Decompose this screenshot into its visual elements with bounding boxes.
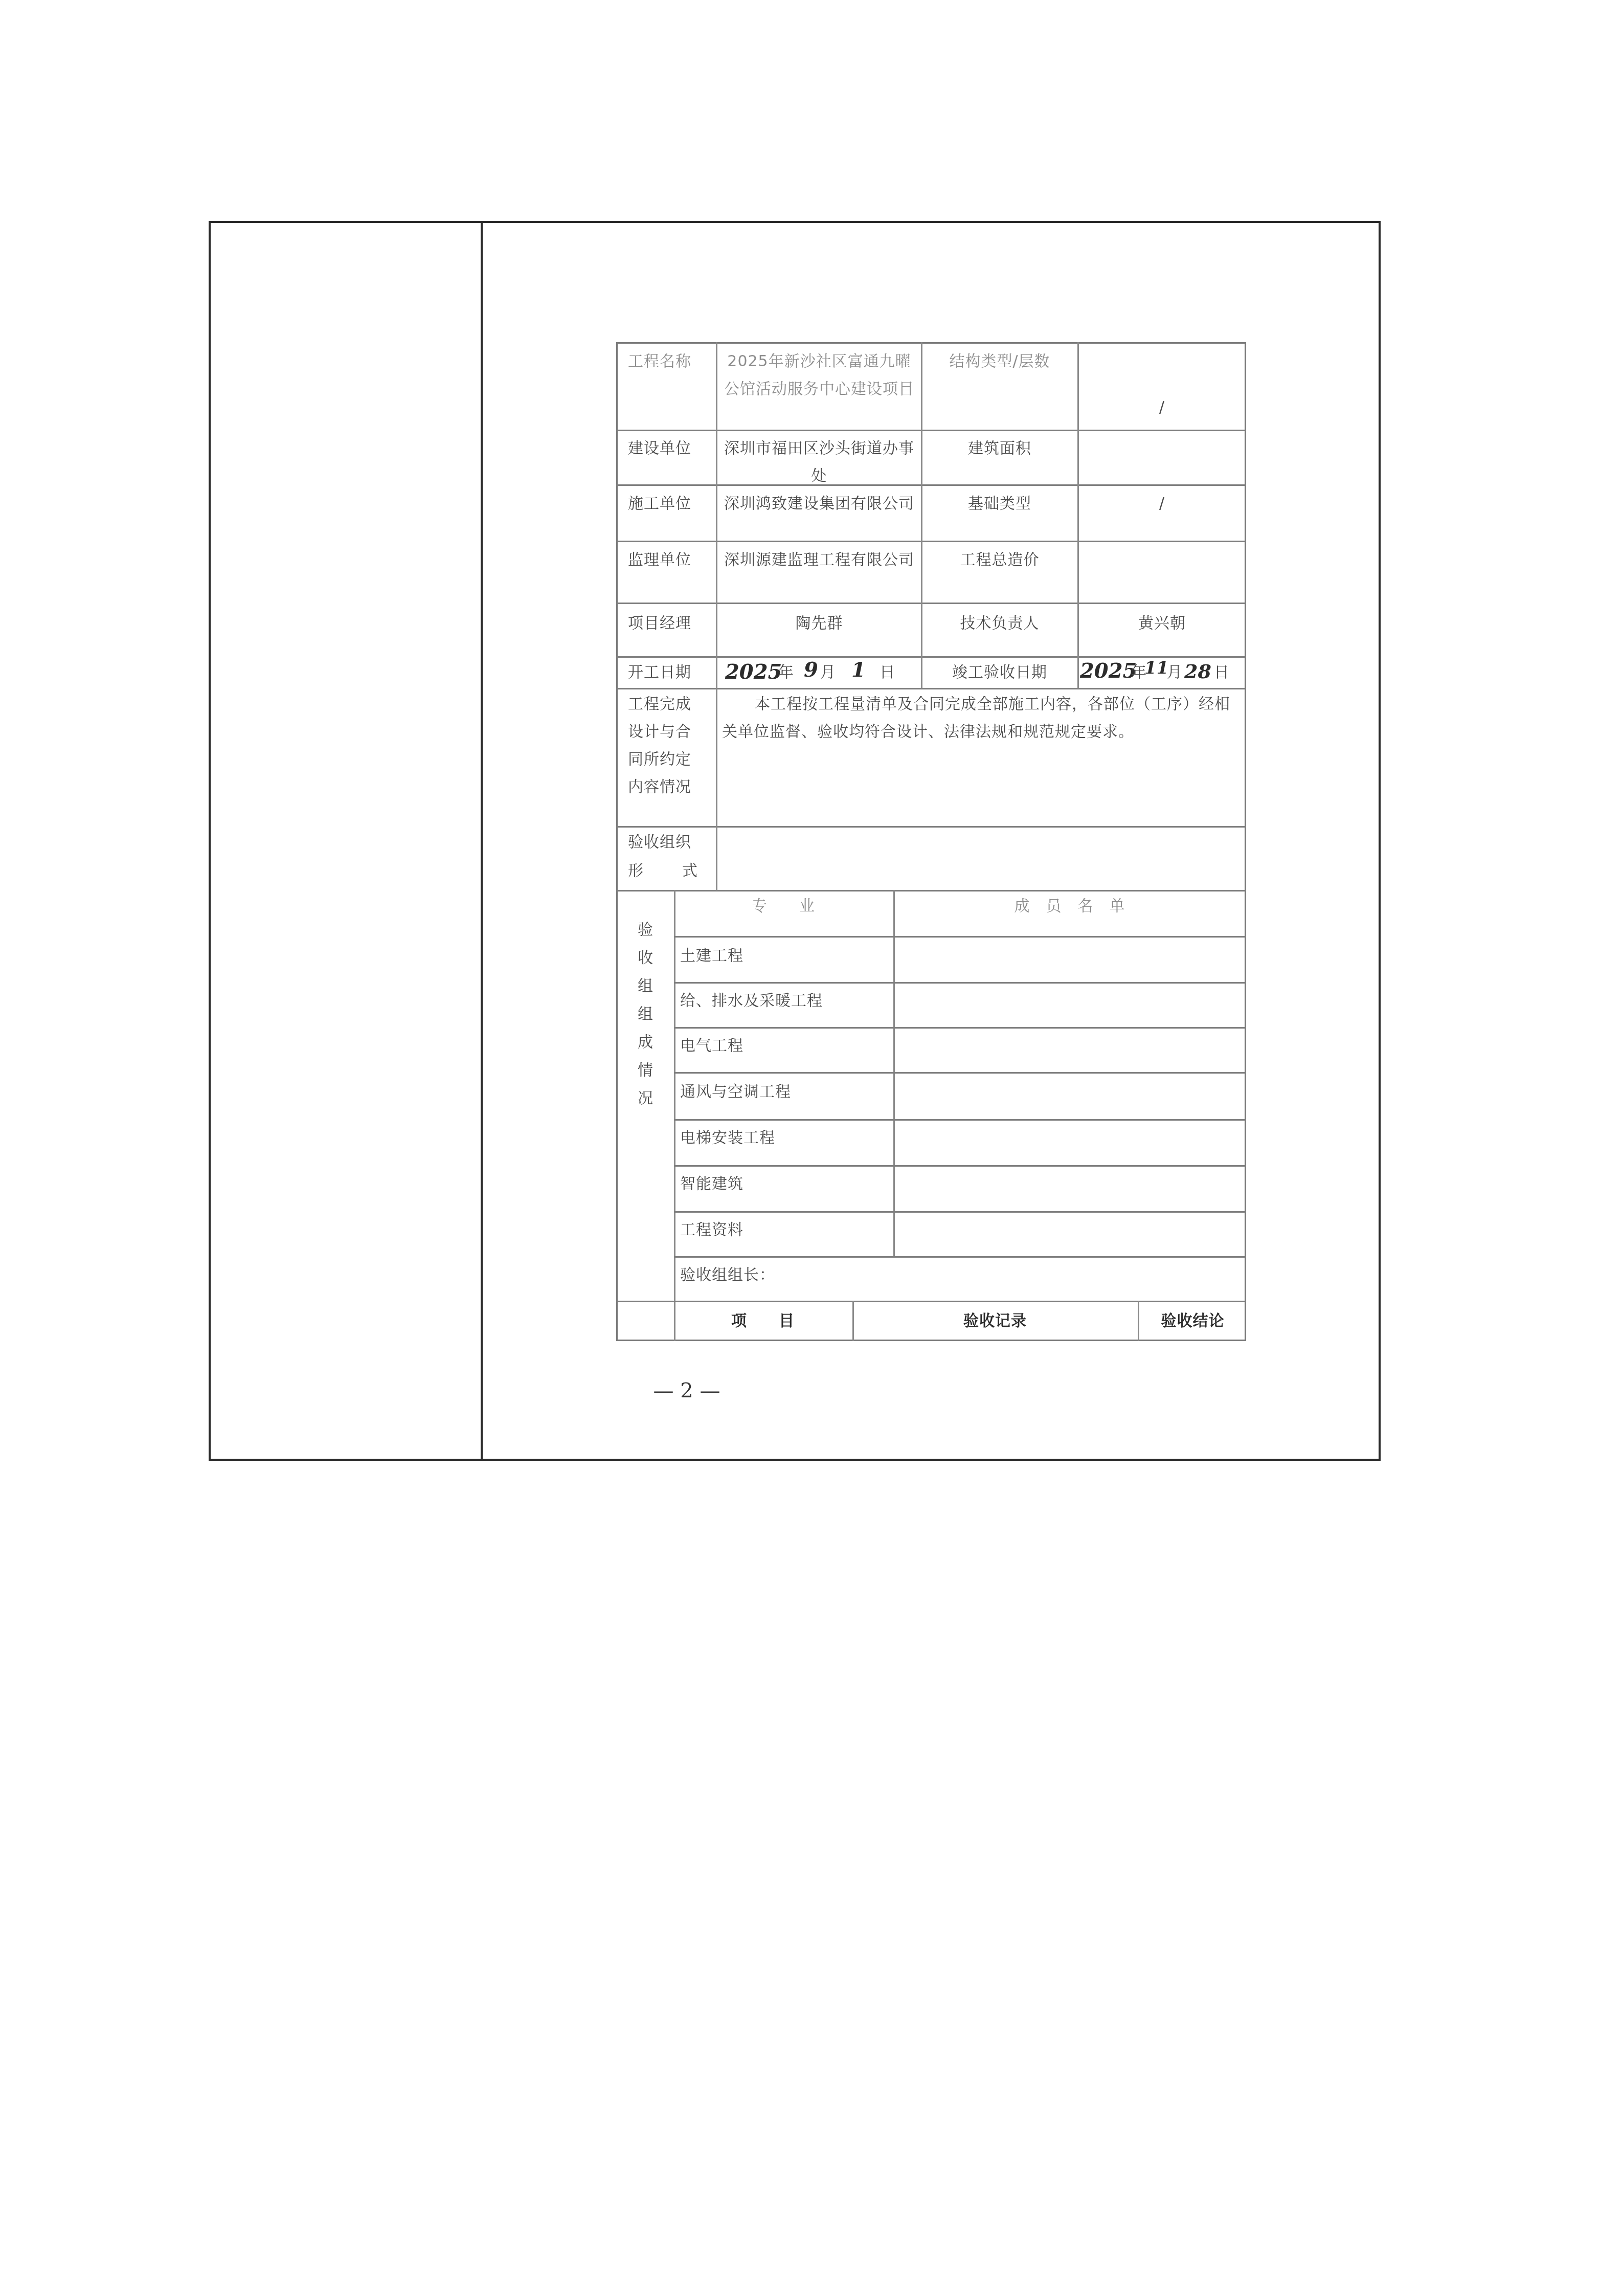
acceptance-form-label-line1: 验收组织: [628, 829, 691, 856]
construction-unit-label: 建设单位: [628, 435, 691, 462]
specialty-item: 土建工程: [680, 942, 743, 970]
row-divider: [616, 688, 1246, 689]
completion-year-handwritten: 2025: [1080, 659, 1137, 683]
total-cost-label: 工程总造价: [926, 546, 1074, 574]
technical-lead-value: 黄兴朝: [1081, 610, 1243, 637]
row-divider: [616, 484, 1246, 486]
technical-lead-label: 技术负责人: [926, 610, 1074, 637]
team-row-divider: [674, 1072, 1246, 1074]
structure-type-value: /: [1081, 394, 1243, 421]
row-divider: [616, 430, 1246, 431]
construction-unit-value: 深圳市福田区沙头街道办事处: [722, 435, 916, 490]
supervisor-label: 监理单位: [628, 546, 691, 574]
builder-label: 施工单位: [628, 490, 691, 518]
page-number: — 2 —: [636, 1379, 738, 1402]
start-date-label: 开工日期: [628, 659, 691, 686]
specialty-item: 电梯安装工程: [680, 1124, 775, 1152]
outer-frame-divider: [481, 222, 483, 1460]
start-day-handwritten: 1: [851, 658, 866, 682]
col-divider: [921, 342, 922, 688]
completion-status-label: 工程完成设计与合同所约定内容情况: [628, 690, 694, 801]
specialty-item: 电气工程: [680, 1032, 743, 1060]
start-month-unit: 月: [820, 659, 836, 686]
specialty-item: 工程资料: [680, 1216, 743, 1244]
supervisor-value: 深圳源建监理工程有限公司: [722, 546, 916, 574]
completion-month-handwritten: 11: [1144, 658, 1168, 678]
col-divider: [1077, 342, 1079, 688]
project-manager-value: 陶先群: [722, 610, 916, 637]
specialty-item: 通风与空调工程: [680, 1078, 791, 1106]
row-divider: [616, 890, 1246, 891]
foundation-type-value: /: [1081, 490, 1243, 518]
start-year-unit: 年: [778, 659, 794, 686]
col-divider: [716, 342, 717, 890]
team-row-divider: [674, 1027, 1246, 1029]
row-divider: [616, 541, 1246, 542]
team-row-divider: [674, 982, 1246, 984]
start-month-handwritten: 9: [804, 658, 818, 682]
bottom-header-divider: [616, 1301, 1246, 1302]
start-year-handwritten: 2025: [725, 660, 782, 684]
team-side-divider: [674, 890, 675, 1341]
specialty-item: 给、排水及采暖工程: [680, 987, 823, 1015]
project-name-label: 工程名称: [628, 348, 691, 375]
team-leader-label: 验收组组长：: [680, 1261, 775, 1289]
completion-date-label: 竣工验收日期: [926, 659, 1074, 686]
acceptance-form-label-line2a: 形: [628, 857, 644, 885]
team-header-specialty: 专 业: [676, 893, 891, 920]
team-side-label: 验收组组成情况: [635, 916, 656, 1112]
team-row-divider: [674, 1119, 1246, 1121]
team-row-divider: [674, 1211, 1246, 1213]
team-row-divider: [674, 1165, 1246, 1167]
team-row-divider: [674, 936, 1246, 938]
structure-type-label: 结构类型/层数: [926, 348, 1074, 375]
foundation-type-label: 基础类型: [926, 490, 1074, 518]
bottom-header-conclusion: 验收结论: [1140, 1307, 1245, 1335]
bottom-header-item: 项 目: [676, 1307, 850, 1335]
bottom-col-divider: [852, 1301, 854, 1341]
project-name-value: 2025年新沙社区富通九曜公馆活动服务中心建设项目: [722, 348, 916, 403]
builder-value: 深圳鸿致建设集团有限公司: [722, 490, 916, 518]
team-row-divider: [674, 1256, 1246, 1258]
completion-day-unit: 日: [1214, 659, 1230, 686]
completion-month-unit: 月: [1167, 659, 1183, 686]
bottom-col-divider: [1138, 1301, 1139, 1341]
completion-day-handwritten: 28: [1184, 660, 1211, 683]
acceptance-form-label-line2b: 式: [682, 857, 698, 885]
specialty-item: 智能建筑: [680, 1170, 743, 1198]
building-area-label: 建筑面积: [926, 435, 1074, 462]
bottom-header-record: 验收记录: [855, 1307, 1135, 1335]
start-day-unit: 日: [880, 659, 895, 686]
row-divider: [616, 603, 1246, 604]
completion-status-value: 本工程按工程量清单及合同完成全部施工内容，各部位（工序）经相关单位监督、验收均符…: [722, 690, 1238, 746]
row-divider: [616, 826, 1246, 828]
project-manager-label: 项目经理: [628, 610, 691, 637]
team-header-members: 成 员 名 单: [896, 893, 1244, 920]
